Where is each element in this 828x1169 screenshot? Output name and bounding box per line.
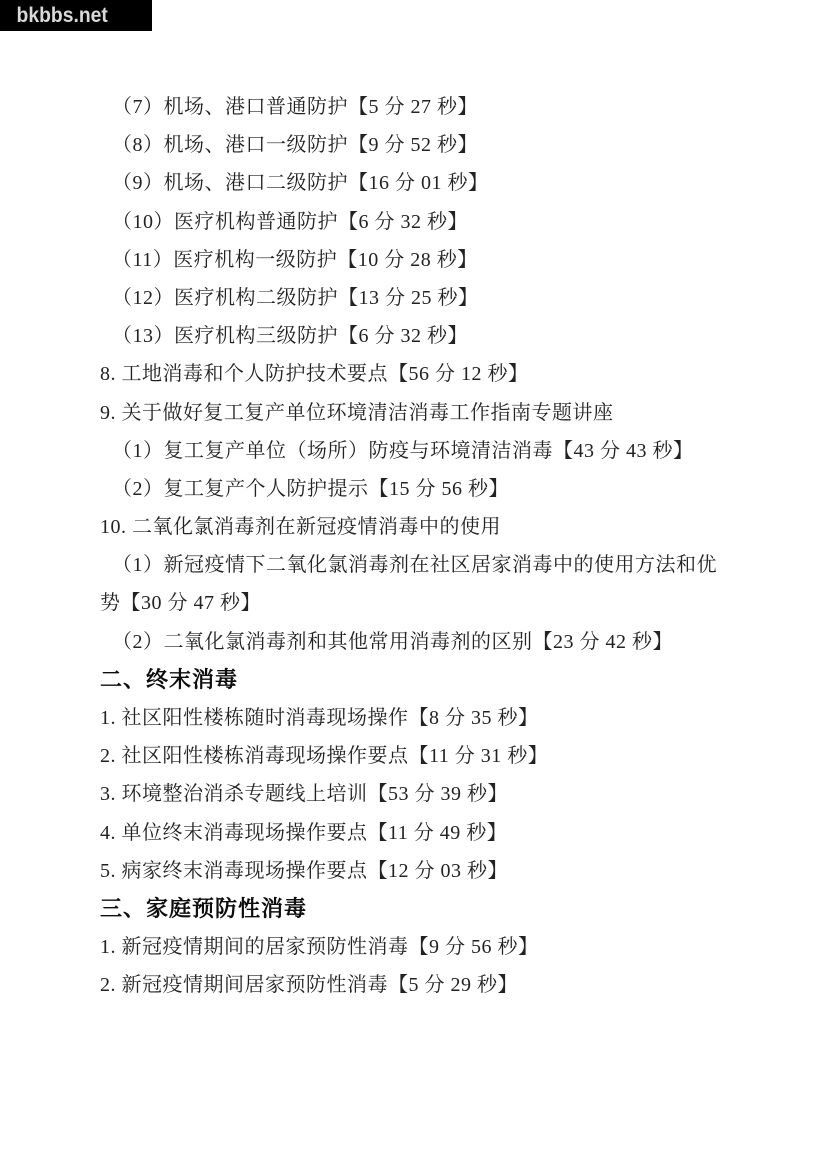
document-body: （7）机场、港口普通防护【5 分 27 秒】 （8）机场、港口一级防护【9 分 … (100, 88, 800, 1005)
toc-sub-item: （1）复工复产单位（场所）防疫与环境清洁消毒【43 分 43 秒】 (100, 432, 800, 470)
toc-sub-item: （13）医疗机构三级防护【6 分 32 秒】 (100, 317, 800, 355)
toc-sub-item: （2）二氧化氯消毒剂和其他常用消毒剂的区别【23 分 42 秒】 (100, 623, 800, 661)
section-heading: 三、家庭预防性消毒 (100, 890, 800, 928)
toc-item: 9. 关于做好复工复产单位环境清洁消毒工作指南专题讲座 (100, 394, 800, 432)
toc-sub-item: （12）医疗机构二级防护【13 分 25 秒】 (100, 279, 800, 317)
toc-item: 10. 二氧化氯消毒剂在新冠疫情消毒中的使用 (100, 508, 800, 546)
toc-item: 1. 新冠疫情期间的居家预防性消毒【9 分 56 秒】 (100, 928, 800, 966)
watermark-bar: bkbbs.net (0, 0, 152, 31)
toc-item: 4. 单位终末消毒现场操作要点【11 分 49 秒】 (100, 814, 800, 852)
toc-sub-item: （1）新冠疫情下二氧化氯消毒剂在社区居家消毒中的使用方法和优 (100, 546, 800, 584)
toc-item: 2. 新冠疫情期间居家预防性消毒【5 分 29 秒】 (100, 966, 800, 1004)
toc-sub-item: （2）复工复产个人防护提示【15 分 56 秒】 (100, 470, 800, 508)
toc-sub-item: （11）医疗机构一级防护【10 分 28 秒】 (100, 241, 800, 279)
toc-sub-item: （7）机场、港口普通防护【5 分 27 秒】 (100, 88, 800, 126)
toc-sub-item: （9）机场、港口二级防护【16 分 01 秒】 (100, 164, 800, 202)
toc-item: 1. 社区阳性楼栋随时消毒现场操作【8 分 35 秒】 (100, 699, 800, 737)
toc-item: 5. 病家终末消毒现场操作要点【12 分 03 秒】 (100, 852, 800, 890)
toc-sub-item: （8）机场、港口一级防护【9 分 52 秒】 (100, 126, 800, 164)
toc-item-continuation: 势【30 分 47 秒】 (100, 584, 800, 622)
toc-item: 8. 工地消毒和个人防护技术要点【56 分 12 秒】 (100, 355, 800, 393)
toc-sub-item: （10）医疗机构普通防护【6 分 32 秒】 (100, 203, 800, 241)
toc-item: 3. 环境整治消杀专题线上培训【53 分 39 秒】 (100, 775, 800, 813)
toc-item: 2. 社区阳性楼栋消毒现场操作要点【11 分 31 秒】 (100, 737, 800, 775)
section-heading: 二、终末消毒 (100, 661, 800, 699)
watermark-label: bkbbs.net (0, 4, 108, 28)
